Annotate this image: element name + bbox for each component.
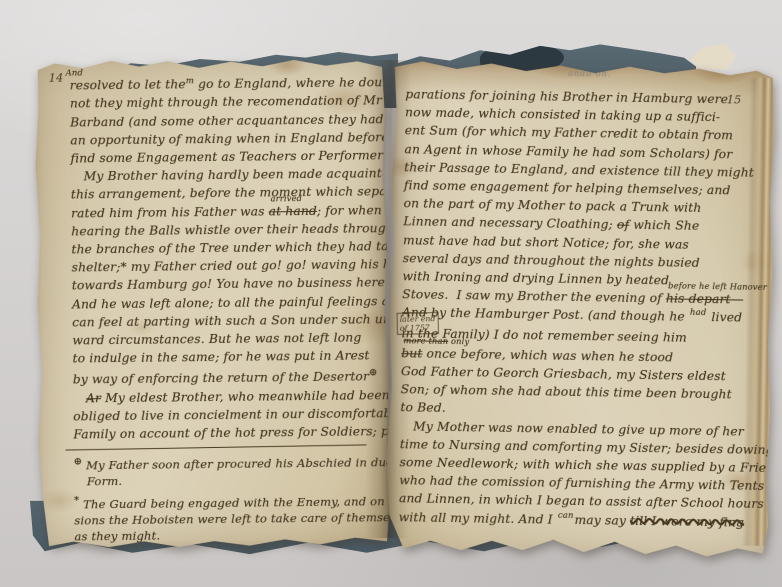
margin-date-note: later end of 1757 bbox=[397, 312, 439, 335]
struck-text: at hand bbox=[269, 203, 317, 218]
inserted-word: had bbox=[690, 304, 707, 322]
manuscript-line: Family on account of the hot press for S… bbox=[73, 422, 383, 443]
inserted-word: can bbox=[558, 506, 574, 524]
struck-text: Ar bbox=[86, 391, 101, 405]
struck-text: of bbox=[617, 218, 629, 232]
footnote-marker-asterisk: * bbox=[74, 496, 79, 507]
right-page: ando on. 15 later end of 1757 parations … bbox=[384, 57, 776, 561]
footnote-line: sions the Hoboisten were left to take ca… bbox=[74, 509, 384, 528]
struck-text: but bbox=[401, 346, 422, 360]
inserted-phrase: before he left Hanover bbox=[668, 282, 767, 293]
left-page-paper: 14 Andresolved to let them go to England… bbox=[33, 54, 390, 550]
right-page-paper: ando on. 15 later end of 1757 parations … bbox=[384, 57, 776, 561]
page-number-14: 14 bbox=[49, 71, 64, 85]
left-page: 14 Andresolved to let them go to England… bbox=[33, 54, 390, 550]
footnote-divider bbox=[66, 445, 367, 451]
footnote-line: as they might. bbox=[74, 525, 384, 544]
footnote-marker-circle-plus: ⊕ bbox=[74, 457, 83, 468]
footnote-line: Form. bbox=[74, 470, 384, 489]
right-page-text: later end of 1757 parations for joining … bbox=[399, 85, 748, 533]
footnote-marker-circle-plus: ⊕ bbox=[369, 368, 378, 379]
left-page-text: Andresolved to let them go to England, w… bbox=[70, 70, 385, 544]
inserted-correction: more than only bbox=[403, 336, 469, 346]
manuscript-line: Andresolved to let them go to England, w… bbox=[70, 70, 411, 95]
manuscript-line: by way of enforcing the return of the De… bbox=[73, 365, 383, 390]
inserted-word-and: And bbox=[66, 64, 84, 82]
footnote-line: ⊕ My Father soon after procured his Absc… bbox=[74, 451, 384, 473]
scribbled-out-text: till I wore my fing bbox=[630, 513, 744, 529]
pencil-annotation: ando on. bbox=[568, 69, 611, 79]
inserted-word: arrived bbox=[271, 194, 303, 203]
